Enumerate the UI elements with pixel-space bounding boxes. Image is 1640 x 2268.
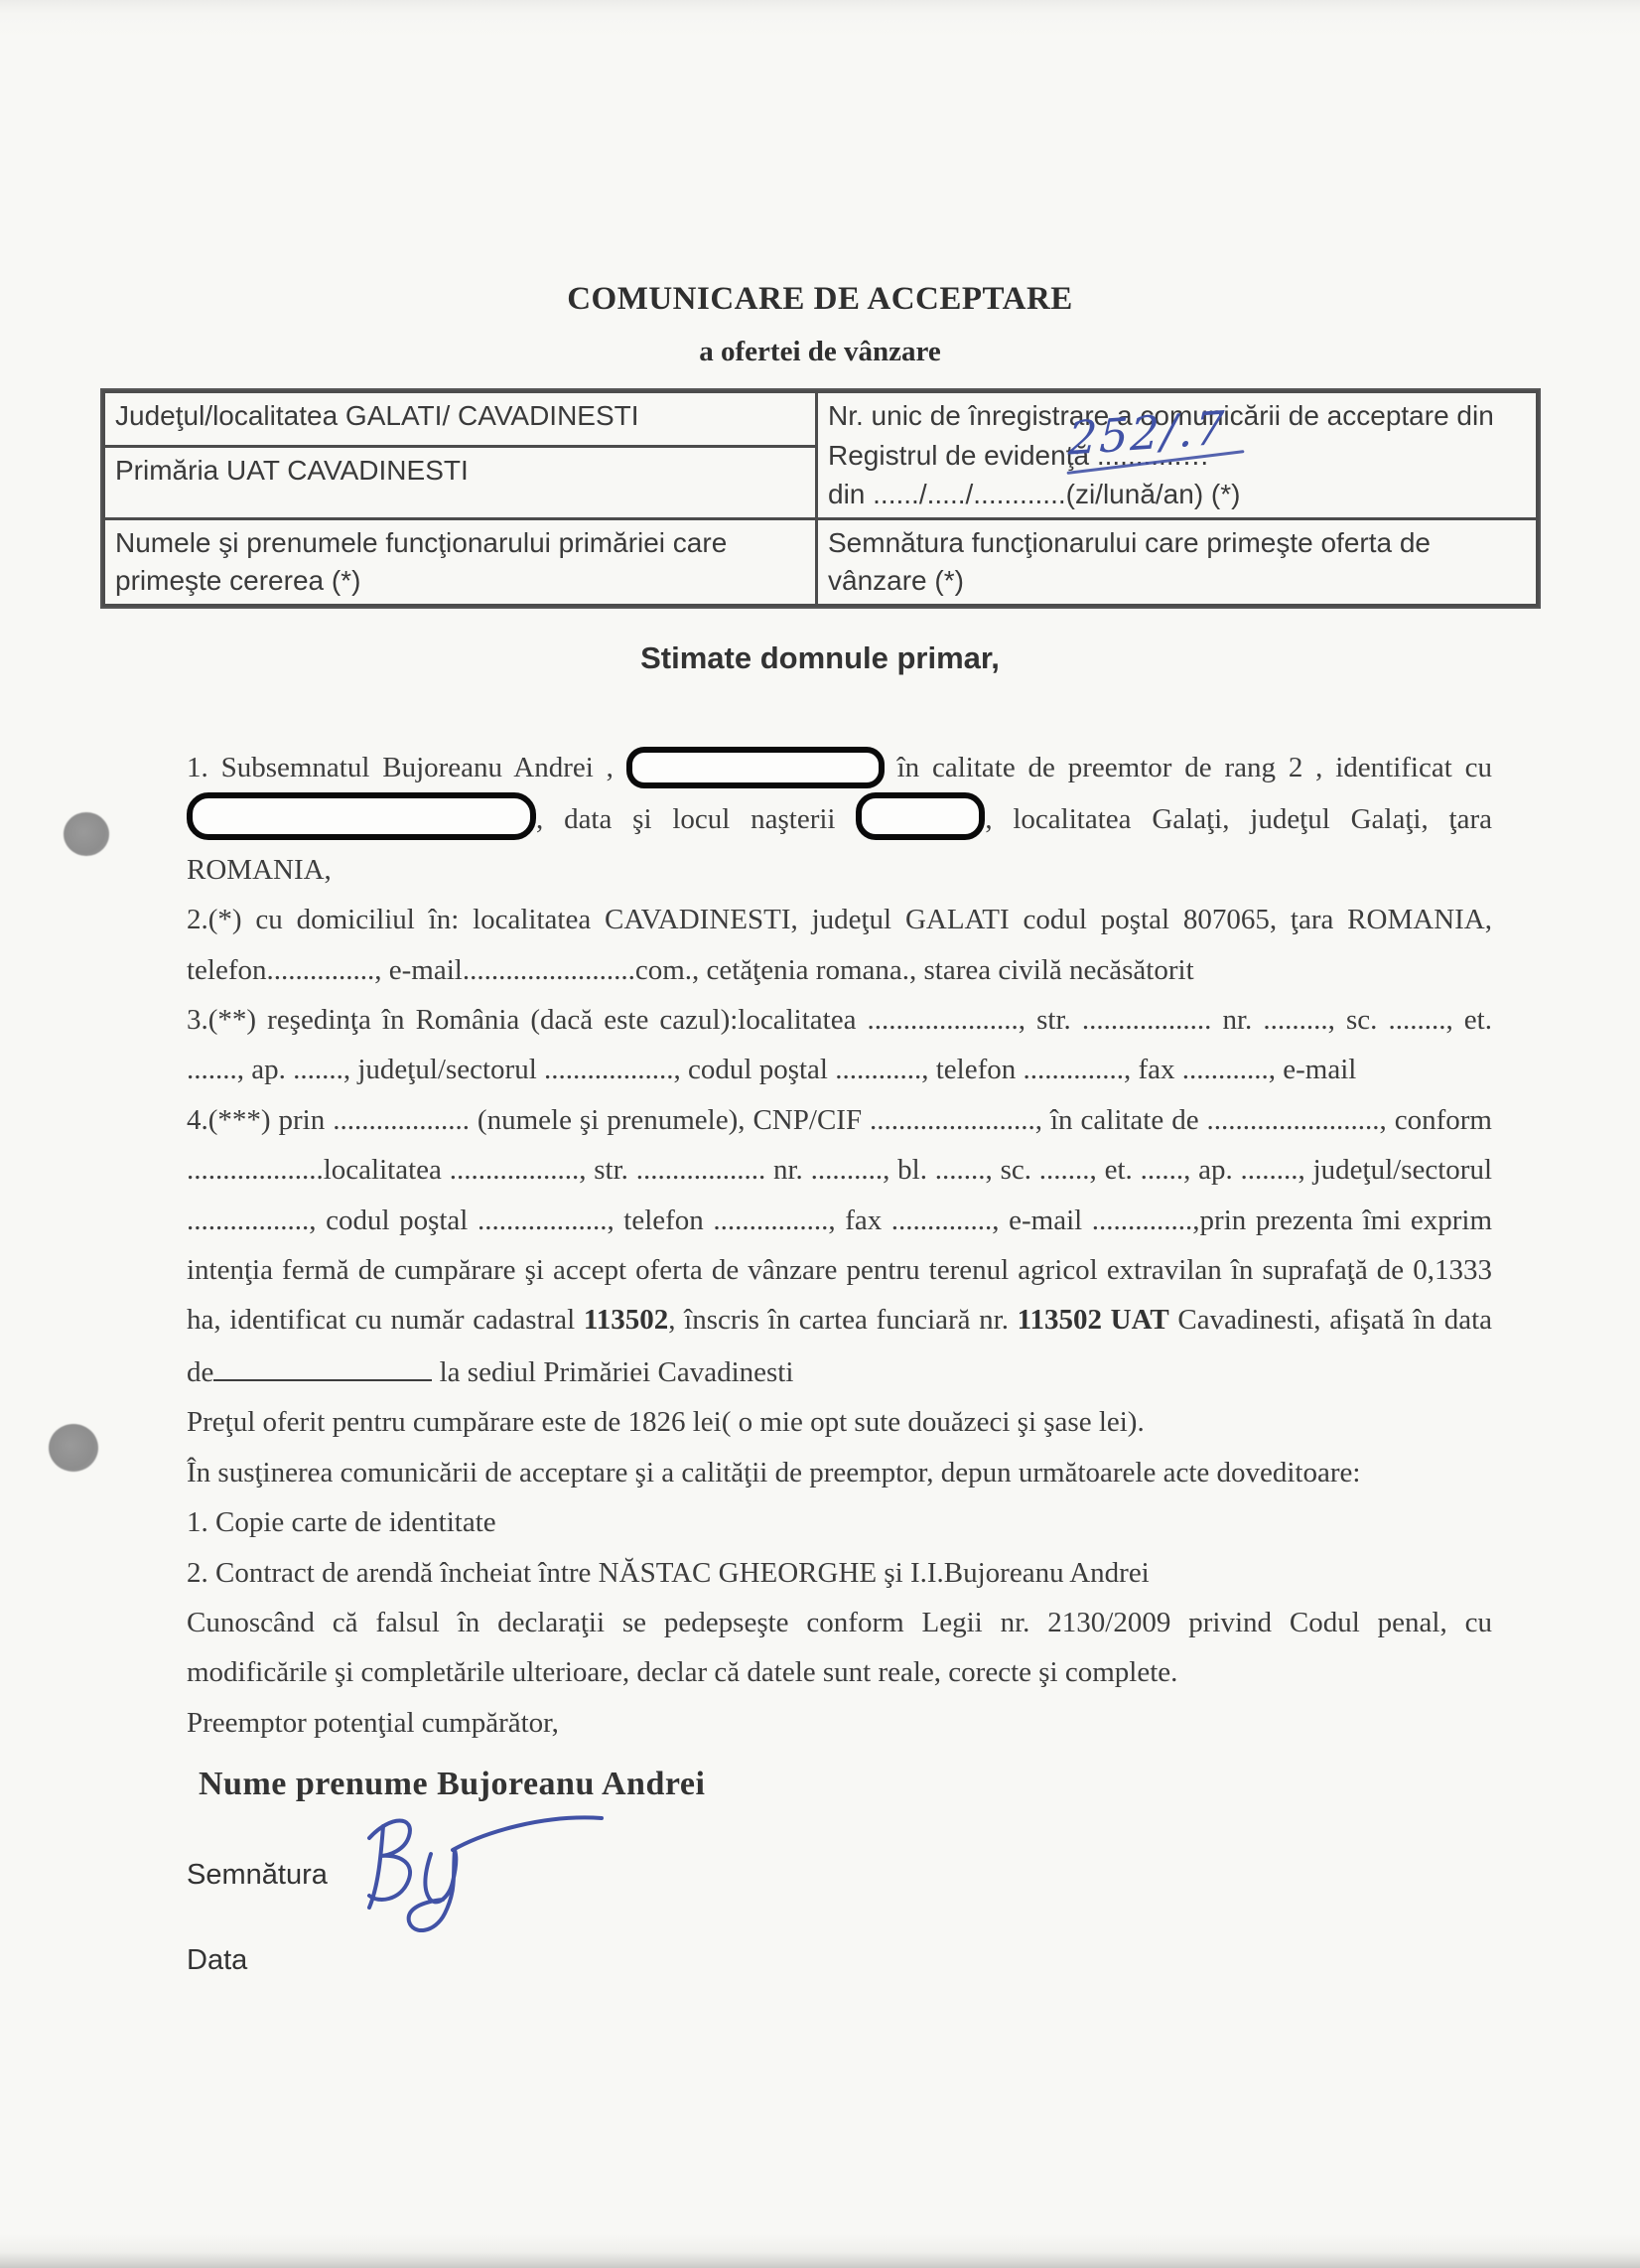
redaction-box xyxy=(187,792,536,840)
paragraph-preemptor: Preemptor potenţial cumpărător, xyxy=(187,1698,1492,1748)
signature-row: Semnătura xyxy=(187,1850,1492,1900)
handwritten-registry-number: 252/.7 xyxy=(1067,407,1226,459)
cell-registration-number: Nr. unic de înregistrare a comunicării d… xyxy=(817,392,1538,519)
signature-ink xyxy=(336,1792,663,1941)
cell-official-signature: Semnătura funcţionarului care primeşte o… xyxy=(817,519,1538,606)
cell-city-hall: Primăria UAT CAVADINESTI xyxy=(104,447,817,519)
document-subtitle: a ofertei de vânzare xyxy=(0,336,1640,368)
registration-line2: Registrul de evidenţă ...........… 252/.… xyxy=(828,435,1528,476)
doc-item-2: 2. Contract de arendă încheiat între NĂS… xyxy=(187,1548,1492,1598)
cadastral-number: 113502 xyxy=(584,1304,668,1336)
p4-text-c: , înscris în cartea funciară nr. xyxy=(668,1304,1017,1336)
p1-text-c: , data şi locul naşterii xyxy=(536,803,856,835)
cell-official-name: Numele şi prenumele funcţionarului primă… xyxy=(104,519,817,606)
redaction-box xyxy=(626,747,885,788)
p1-text-a: 1. Subsemnatul Bujoreanu Andrei , xyxy=(187,752,626,783)
registration-line3: din ....../...../............(zi/lună/an… xyxy=(828,476,1528,513)
scanned-document-page: COMUNICARE DE ACCEPTARE a ofertei de vân… xyxy=(0,0,1640,2268)
redaction-box xyxy=(856,792,985,840)
paragraph-1: 1. Subsemnatul Bujoreanu Andrei , în cal… xyxy=(187,743,1492,895)
p4-text-a: 4.(***) prin ................... (numele… xyxy=(187,1104,1492,1337)
registration-table: Judeţul/localitatea GALATI/ CAVADINESTI … xyxy=(102,390,1539,607)
hole-punch-mark xyxy=(64,812,109,856)
date-label: Data xyxy=(187,1944,247,1976)
land-book-number: 113502 UAT xyxy=(1018,1304,1169,1336)
paragraph-price: Preţul oferit pentru cumpărare este de 1… xyxy=(187,1397,1492,1447)
document-body: 1. Subsemnatul Bujoreanu Andrei , în cal… xyxy=(187,743,1492,1985)
paragraph-4: 4.(***) prin ................... (numele… xyxy=(187,1095,1492,1397)
paragraph-supporting-docs: În susţinerea comunicării de acceptare ş… xyxy=(187,1448,1492,1497)
cell-county-locality: Judeţul/localitatea GALATI/ CAVADINESTI xyxy=(104,392,817,447)
date-row: Data xyxy=(187,1935,1492,1985)
paragraph-3: 3.(**) reşedinţa în România (dacă este c… xyxy=(187,995,1492,1095)
doc-item-1: 1. Copie carte de identitate xyxy=(187,1497,1492,1547)
p1-text-b: în calitate de preemtor de rang 2 , iden… xyxy=(885,752,1492,783)
p4-text-f: la sediul Primăriei Cavadinesti xyxy=(432,1356,793,1388)
date-blank-line xyxy=(213,1346,432,1381)
signature-label: Semnătura xyxy=(187,1859,328,1891)
document-title: COMUNICARE DE ACCEPTARE xyxy=(0,281,1640,318)
paragraph-declaration: Cunoscând că falsul în declaraţii se ped… xyxy=(187,1598,1492,1698)
paragraph-2: 2.(*) cu domiciliul în: localitatea CAVA… xyxy=(187,895,1492,995)
hole-punch-mark xyxy=(49,1424,98,1472)
salutation: Stimate domnule primar, xyxy=(0,640,1640,676)
